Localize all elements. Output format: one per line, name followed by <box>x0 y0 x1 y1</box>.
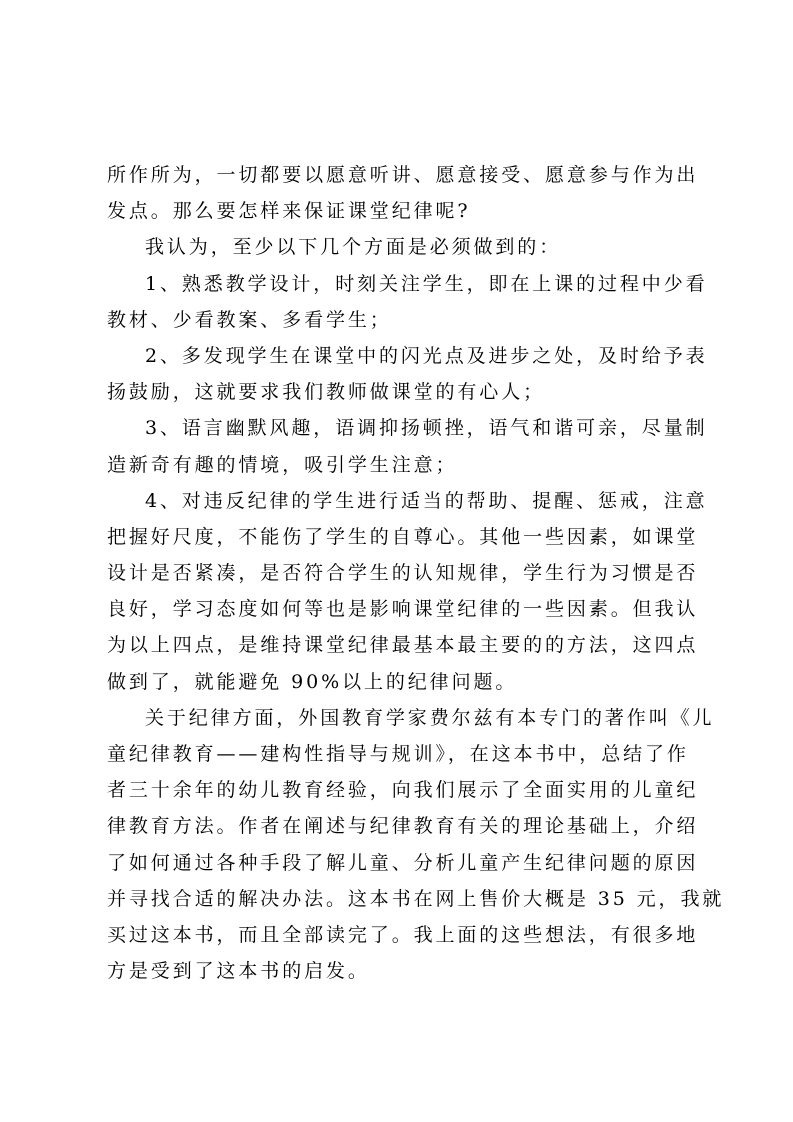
text-line: 为以上四点，是维持课堂纪律最基本最主要的的方法，这四点 <box>107 627 689 663</box>
list-item-1: 1、熟悉教学设计，时刻关注学生，即在上课的过程中少看 <box>107 266 689 302</box>
text-line: 方是受到了这本书的启发。 <box>107 953 689 989</box>
list-item-4: 4、对违反纪律的学生进行适当的帮助、提醒、惩戒，注意 <box>107 483 689 519</box>
text-line: 教材、少看教案、多看学生； <box>107 302 689 338</box>
text-line: 扬鼓励，这就要求我们教师做课堂的有心人； <box>107 374 689 410</box>
text-line: 律教育方法。作者在阐述与纪律教育有关的理论基础上，介绍 <box>107 808 689 844</box>
document-page: 所作所为，一切都要以愿意听讲、愿意接受、愿意参与作为出 发点。那么要怎样来保证课… <box>0 0 793 1122</box>
document-body: 所作所为，一切都要以愿意听讲、愿意接受、愿意参与作为出 发点。那么要怎样来保证课… <box>107 157 689 989</box>
text-line: 造新奇有趣的情境，吸引学生注意； <box>107 447 689 483</box>
text-line: 设计是否紧凑，是否符合学生的认知规律，学生行为习惯是否 <box>107 555 689 591</box>
text-line: 做到了，就能避免 90%以上的纪律问题。 <box>107 664 689 700</box>
text-line: 买过这本书，而且全部读完了。我上面的这些想法，有很多地 <box>107 917 689 953</box>
text-line: 发点。那么要怎样来保证课堂纪律呢? <box>107 193 689 229</box>
text-line: 者三十余年的幼儿教育经验，向我们展示了全面实用的儿童纪 <box>107 772 689 808</box>
text-line: 所作所为，一切都要以愿意听讲、愿意接受、愿意参与作为出 <box>107 157 689 193</box>
text-line: 把握好尺度，不能伤了学生的自尊心。其他一些因素，如课堂 <box>107 519 689 555</box>
list-item-3: 3、语言幽默风趣，语调抑扬顿挫，语气和谐可亲，尽量制 <box>107 410 689 446</box>
text-line: 良好，学习态度如何等也是影响课堂纪律的一些因素。但我认 <box>107 591 689 627</box>
text-line: 并寻找合适的解决办法。这本书在网上售价大概是 35 元，我就 <box>107 881 689 917</box>
text-line: 了如何通过各种手段了解儿童、分析儿童产生纪律问题的原因 <box>107 845 689 881</box>
text-line: 童纪律教育——建构性指导与规训》，在这本书中，总结了作 <box>107 736 689 772</box>
paragraph-intro: 我认为，至少以下几个方面是必须做到的： <box>107 229 689 265</box>
paragraph-book: 关于纪律方面，外国教育学家费尔兹有本专门的著作叫《儿 <box>107 700 689 736</box>
list-item-2: 2、多发现学生在课堂中的闪光点及进步之处，及时给予表 <box>107 338 689 374</box>
